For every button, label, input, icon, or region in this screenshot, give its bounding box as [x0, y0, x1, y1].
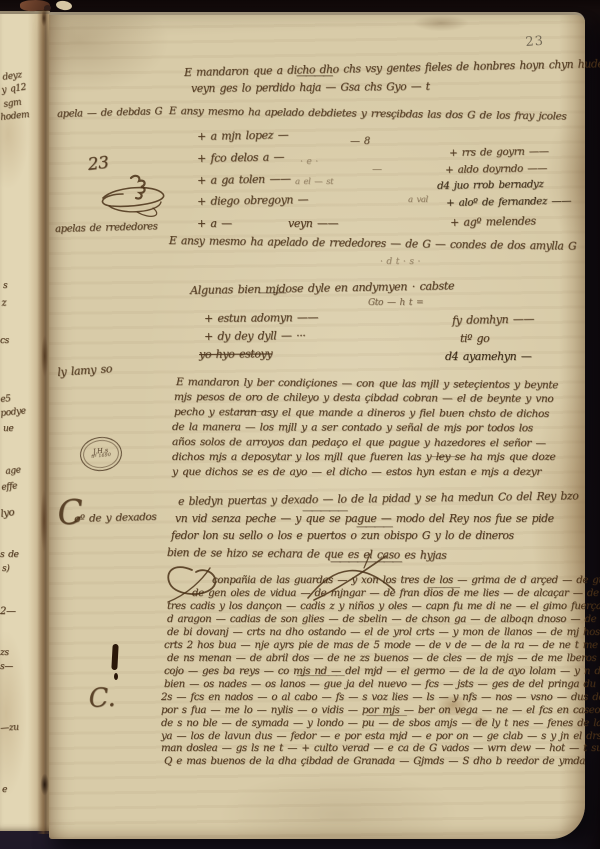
- gutter-crease: [37, 10, 51, 834]
- manuscript-page: [49, 12, 585, 839]
- ink-blot-mark: [114, 673, 118, 680]
- binding-speck: [55, 0, 72, 11]
- manuscript-photo: deyzy q12sgmhodemszcse5podyeueageeffelyo…: [0, 0, 600, 849]
